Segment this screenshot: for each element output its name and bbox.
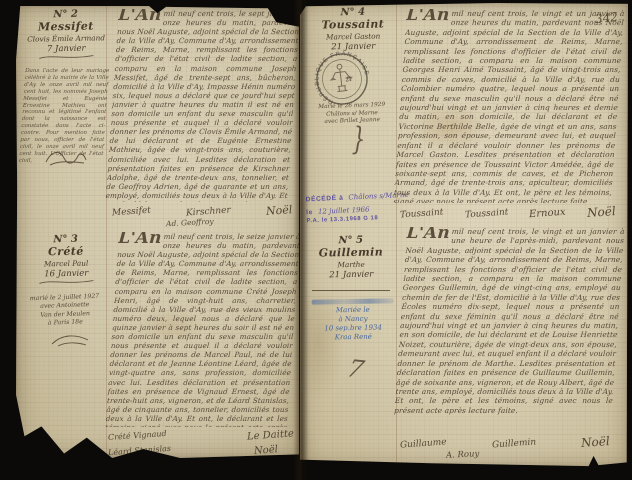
signature: Léard Stanislas — [108, 444, 172, 457]
margin-brace: } — [352, 121, 366, 158]
act-5-marriage-note: Mariée le à Nancy 10 sep.bre 1934 Kraa R… — [306, 298, 401, 343]
signature-officer: Noël — [254, 444, 279, 457]
act-4-margin-header: N° 4 Toussaint Marcel Gaston 21 Janvier — [308, 6, 399, 53]
flourish-line — [38, 54, 94, 61]
signature-officer: Noël — [581, 434, 611, 450]
act-3-body: L'Anmil neuf cent trois, le seize janvie… — [105, 232, 301, 427]
act-5-body: L'Anmil neuf cent trois, le vingt et un … — [393, 227, 625, 429]
act-surname: Messifet — [22, 19, 110, 34]
act-date: 21 Janvier — [306, 269, 396, 281]
act-date: 16 Janvier — [22, 268, 110, 280]
signature: Messifet — [112, 206, 152, 219]
officer-paraph — [44, 148, 88, 168]
act-5-initial: L'An — [406, 227, 450, 240]
act-5-text: mil neuf cent trois, le vingt et un janv… — [394, 227, 625, 415]
act-2-signatures: Messifet Kirschner Noël — [112, 204, 292, 217]
act-2-margin-header: N° 2 Messifet Clovis Émile Armand 7 Janv… — [22, 8, 111, 61]
act-child-names: Marthe — [306, 259, 396, 270]
blue-stamp-smudge — [312, 298, 394, 304]
signature: Toussaint — [400, 207, 444, 220]
signature: Ad. Geoffroy — [166, 217, 214, 228]
scan-background: N° 2 Messifet Clovis Émile Armand 7 Janv… — [0, 0, 632, 480]
signature: Le Daitte — [247, 428, 295, 442]
flourish-line — [38, 279, 94, 286]
act-surname: Crété — [22, 244, 110, 259]
left-register-page: N° 2 Messifet Clovis Émile Armand 7 Janv… — [16, 6, 299, 458]
signature: Toussaint — [464, 207, 508, 220]
act-child-names: Marcel Paul — [22, 258, 110, 269]
stamp-text: RÉPUBLIQUE FRANÇAISE — [311, 48, 372, 106]
act-3-marriage-note: marié le 2 juillet 1927 avec Antoinette … — [19, 292, 110, 329]
margin-flourish: 7 — [344, 355, 367, 384]
act-3-text: mil neuf cent trois, le seize janvier à … — [105, 232, 301, 427]
act-2-initial: L'An — [118, 9, 162, 22]
republique-francaise-stamp: RÉPUBLIQUE FRANÇAISE 2F — [311, 48, 373, 110]
act-3-signatures-2: Léard Stanislas Noël — [108, 445, 278, 456]
act-date: 7 Janvier — [22, 43, 110, 55]
act-2-text: mil neuf cent trois, le sept janvier à o… — [105, 9, 300, 202]
right-register-page: 342 N° 4 Toussaint Marcel Gaston 21 Janv… — [300, 3, 628, 467]
note-line: Kraa René — [306, 332, 400, 343]
act-4-initial: L'An — [406, 9, 450, 22]
act-3-signatures: Crété Vignaud Le Daitte — [108, 430, 294, 441]
signature-officer: Noël — [587, 204, 617, 220]
act-child-names: Clovis Émile Armand — [22, 33, 110, 44]
signature: Guillaume — [400, 437, 447, 450]
signature: Ernoux — [529, 207, 566, 221]
binding-gutter-shadow — [293, 0, 309, 480]
act-4-signatures: Toussaint Toussaint Ernoux Noël — [400, 205, 616, 219]
act-surname: Toussaint — [308, 17, 398, 32]
note-line: à Paris 18e — [20, 318, 110, 330]
act-2-body: L'Anmil neuf cent trois, le sept janvier… — [105, 9, 300, 202]
act-5-signatures: Guillaume Guillemin Noël — [400, 435, 610, 449]
act-surname: Guillemin — [306, 245, 396, 260]
act-child-names: Marcel Gaston — [308, 31, 398, 42]
svg-text:RÉPUBLIQUE FRANÇAISE: RÉPUBLIQUE FRANÇAISE — [311, 48, 372, 106]
act-3-margin-header: N° 3 Crété Marcel Paul 16 Janvier — [22, 233, 111, 286]
signature-officer: Noël — [265, 203, 292, 218]
stamp-value: 2F — [345, 77, 353, 84]
margin-divider — [312, 290, 390, 291]
act-4-text: mil neuf cent trois, le vingt et un janv… — [393, 9, 625, 203]
signature: Crété Vignaud — [108, 429, 167, 442]
signature: Guillemin — [492, 437, 537, 450]
act-5-margin-header: N° 5 Guillemin Marthe 21 Janvier — [306, 234, 397, 281]
signature: A. Rouy — [446, 449, 480, 461]
note-paraph — [50, 332, 90, 348]
act-4-body: L'Anmil neuf cent trois, le vingt et un … — [393, 9, 625, 203]
act-3-initial: L'An — [118, 232, 162, 245]
